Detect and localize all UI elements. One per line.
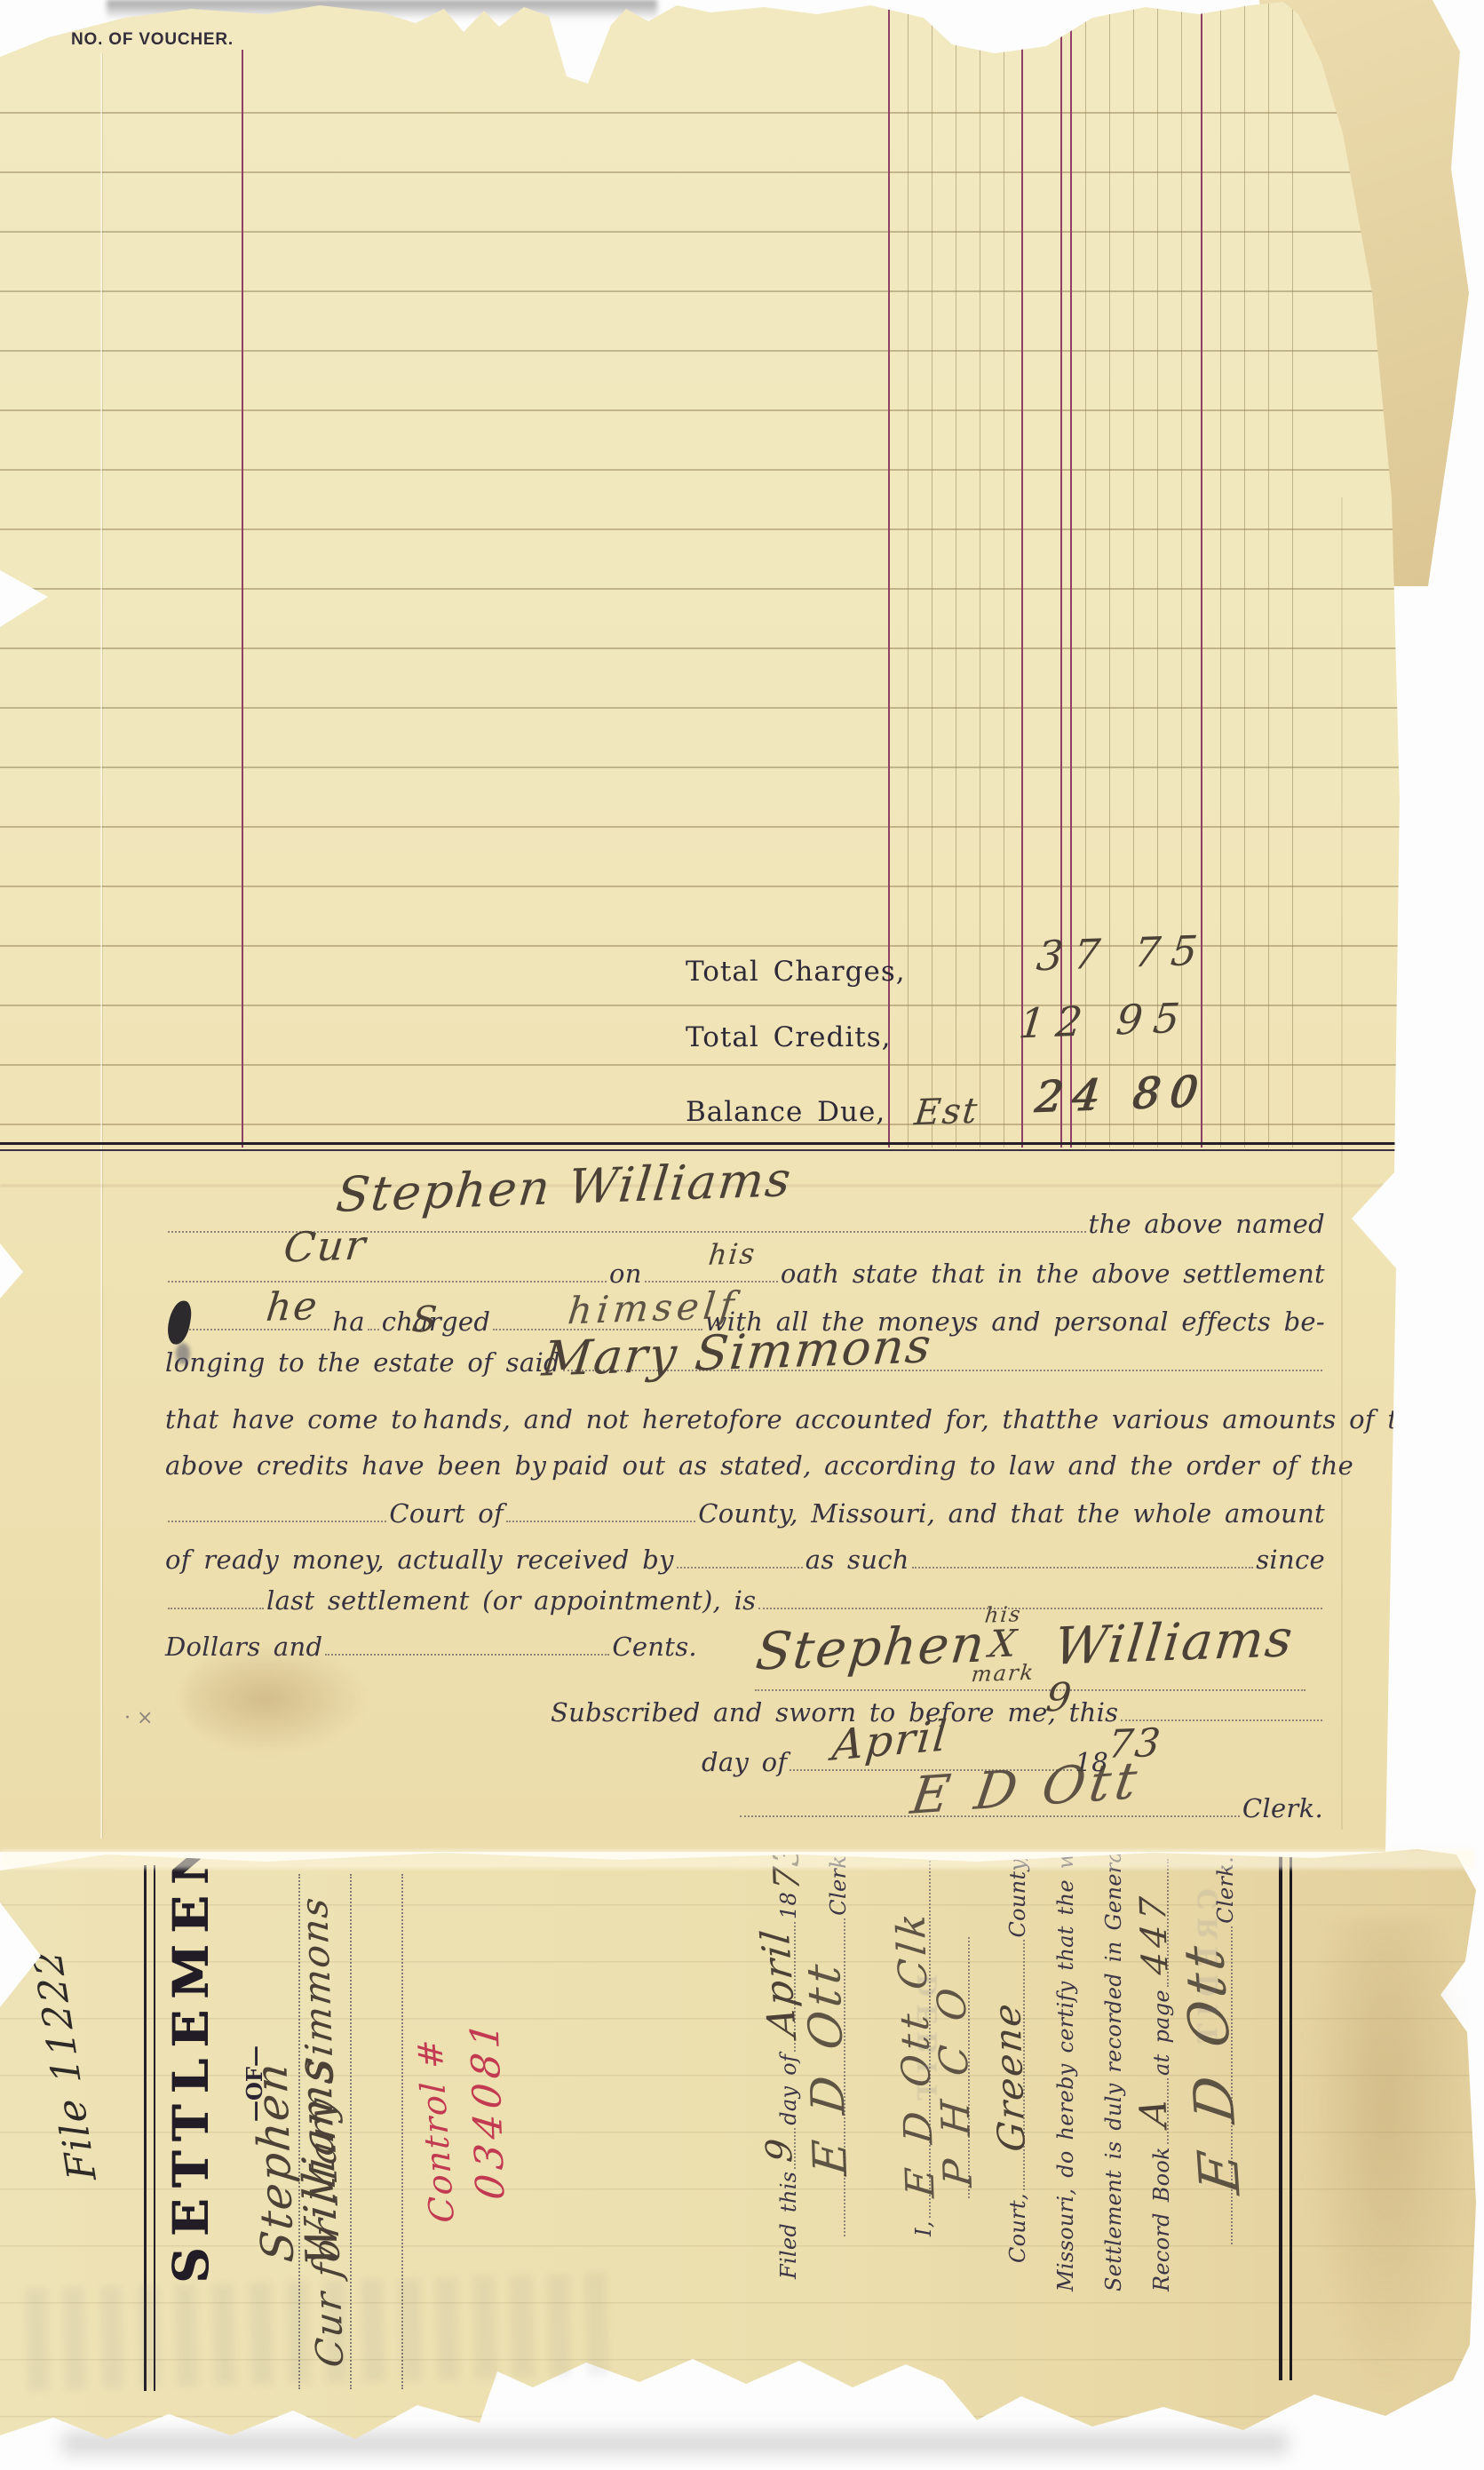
cert-certify-text: Missouri, do hereby certify that the wit… <box>1053 1799 1078 2291</box>
affidavit-line-9: last settlement (or appointment), is <box>165 1586 1325 1616</box>
hand-his: his <box>707 1239 758 1269</box>
hand-estate-name: Mary Simmons <box>540 1322 934 1383</box>
come-to-text: that have come to <box>165 1405 417 1434</box>
paper-drop-shadow <box>62 2432 1288 2455</box>
ledger-footer-rule <box>0 1142 1414 1145</box>
cert-certify-line: Missouri, do hereby certify that the wit… <box>1053 1874 1078 2291</box>
filed-line: Filed this 9 day of April 18 73 <box>776 1847 801 2279</box>
day-of-text: day of <box>702 1748 787 1777</box>
hand-filed-day: 9 <box>762 2135 798 2164</box>
scanned-settlement-document: NO. OF VOUCHER. Total Charges, Total Cre… <box>0 0 1484 2470</box>
cert-record-book-line: Record Book A at page 447 <box>1149 1856 1174 2291</box>
hand-file-number: File 11222 <box>28 1949 103 2181</box>
ghost-credit-bleedthrough: CREDIT <box>1194 1888 1225 2050</box>
hand-cert-county: Greene <box>988 2000 1031 2153</box>
panel-stain <box>1305 1918 1465 2389</box>
voucher-column-header: NO. OF VOUCHER. <box>71 30 234 50</box>
ready-money-text: of ready money, actually received by <box>165 1545 674 1575</box>
hand-role: Cur <box>282 1224 369 1267</box>
on-text: on <box>609 1259 642 1289</box>
total-credits-value: 12 95 <box>1017 997 1192 1044</box>
filed-day-of-text: day of <box>776 2054 801 2125</box>
ink-smudge <box>176 1343 190 1364</box>
ledger-sheet: NO. OF VOUCHER. Total Charges, Total Cre… <box>0 0 1421 1852</box>
hand-clerk-signature: E D Ott <box>908 1754 1144 1822</box>
ghost-debit-bleedthrough: DEBIT <box>913 1974 944 2108</box>
hand-sig-x: X <box>987 1624 1019 1663</box>
hand-he: he <box>265 1287 321 1328</box>
signature-line <box>755 1689 1305 1691</box>
fold-crease <box>100 53 102 1839</box>
endorsement-edge-rule-outer <box>1279 1847 1282 2380</box>
cert-recorded-text: Settlement is duly recorded in General <box>1101 1843 1126 2291</box>
hand-control-number: 034081 <box>465 2015 511 2201</box>
hand-control-label: Control # <box>413 2037 459 2223</box>
affidavit-line-5: that have come to hands, and not heretof… <box>165 1405 1325 1434</box>
stray-pen-marks: · × <box>124 1707 153 1729</box>
filed-clerk-line: E D Ott Clerk. <box>826 1848 851 2239</box>
balance-due-value: 24 80 <box>1033 1070 1209 1119</box>
money-column-rule-2 <box>1021 0 1023 1148</box>
ghost-gothic-bleedthrough <box>26 2273 615 2390</box>
cert-court-line: Court, Greene County, <box>1005 1854 1030 2263</box>
above-named-text: the above named <box>1089 1210 1325 1239</box>
record-book-label: Record Book <box>1149 2147 1174 2291</box>
fold-highlight <box>0 1849 1474 1869</box>
hand-page-value: 447 <box>1135 1891 1173 1976</box>
last-settlement-text: last settlement (or appointment), is <box>266 1586 756 1616</box>
cert-recorded-line: Settlement is duly recorded in General <box>1101 1874 1126 2291</box>
hand-sig-mark: mark <box>971 1662 1036 1685</box>
oath-text: oath state that in the above settlement <box>781 1259 1325 1289</box>
balance-note-hand: Est <box>913 1093 980 1131</box>
fold-crease-right <box>1341 497 1343 1830</box>
cents-text: Cents. <box>612 1632 697 1662</box>
total-credits-label: Total Credits, <box>686 1021 892 1053</box>
county-text: County, Missouri, and that the whole amo… <box>698 1499 1325 1529</box>
court-of-text: Court of <box>389 1499 504 1529</box>
hand-himself: himself <box>566 1287 740 1330</box>
voucher-column-rule <box>242 50 243 1148</box>
hand-book-value: A <box>1134 2095 1172 2128</box>
ink-blot <box>165 1299 194 1346</box>
cert-i-label: I, <box>911 2220 936 2236</box>
endorsement-edge-rule-inner <box>1290 1847 1292 2380</box>
hand-sworn-day: 9 <box>1044 1678 1075 1718</box>
since-text: since <box>1256 1545 1325 1575</box>
longing-text: longing to the estate of said <box>165 1348 560 1378</box>
signature-his-mark: his X mark <box>972 1604 1035 1684</box>
affidavit-line-6: above credits have been by paid out as s… <box>165 1451 1325 1481</box>
hand-filed-clerk-sig: E D Ott <box>801 1958 854 2178</box>
ha-text: ha <box>332 1307 365 1337</box>
ledger-footer-rule-2 <box>0 1149 1414 1151</box>
hand-s-inserted: S <box>410 1301 440 1338</box>
total-charges-value: 37 75 <box>1035 930 1210 977</box>
balance-due-label: Balance Due, <box>686 1096 885 1128</box>
as-such-text: as such <box>805 1545 909 1575</box>
filed-prefix-text: Filed this <box>776 2172 801 2279</box>
cert-line-2: P H C O <box>959 1934 975 2201</box>
affidavit-line-8: of ready money, actually received by as … <box>165 1545 1325 1575</box>
hand-signature-first: Stephen <box>753 1618 988 1678</box>
cents-grid-3 <box>1220 0 1302 1148</box>
money-column-rule-3 <box>1201 0 1202 1148</box>
settlement-title: SETTLEMENT <box>162 1866 219 2283</box>
hand-signature-last: Williams <box>1051 1612 1296 1672</box>
cert-court-label: Court, <box>1005 2193 1030 2263</box>
hand-month: April <box>830 1714 950 1767</box>
filed-year-print: 18 <box>776 1892 801 1919</box>
hand-filed-month: April <box>757 1927 803 2038</box>
paid-text: paid out as stated, according to law and… <box>552 1451 1353 1481</box>
clerk-label-text: Clerk. <box>1242 1794 1323 1823</box>
hands-text: hands, and not heretofore accounted for,… <box>423 1405 1431 1434</box>
total-charges-label: Total Charges, <box>686 956 906 988</box>
cents-grid-1 <box>908 0 1014 1148</box>
affidavit-line-7: Court of County, Missouri, and that the … <box>165 1499 1325 1529</box>
at-page-label: at page <box>1149 1990 1174 2076</box>
paper-stain <box>182 1643 369 1754</box>
credits-by-text: above credits have been by <box>165 1451 546 1481</box>
